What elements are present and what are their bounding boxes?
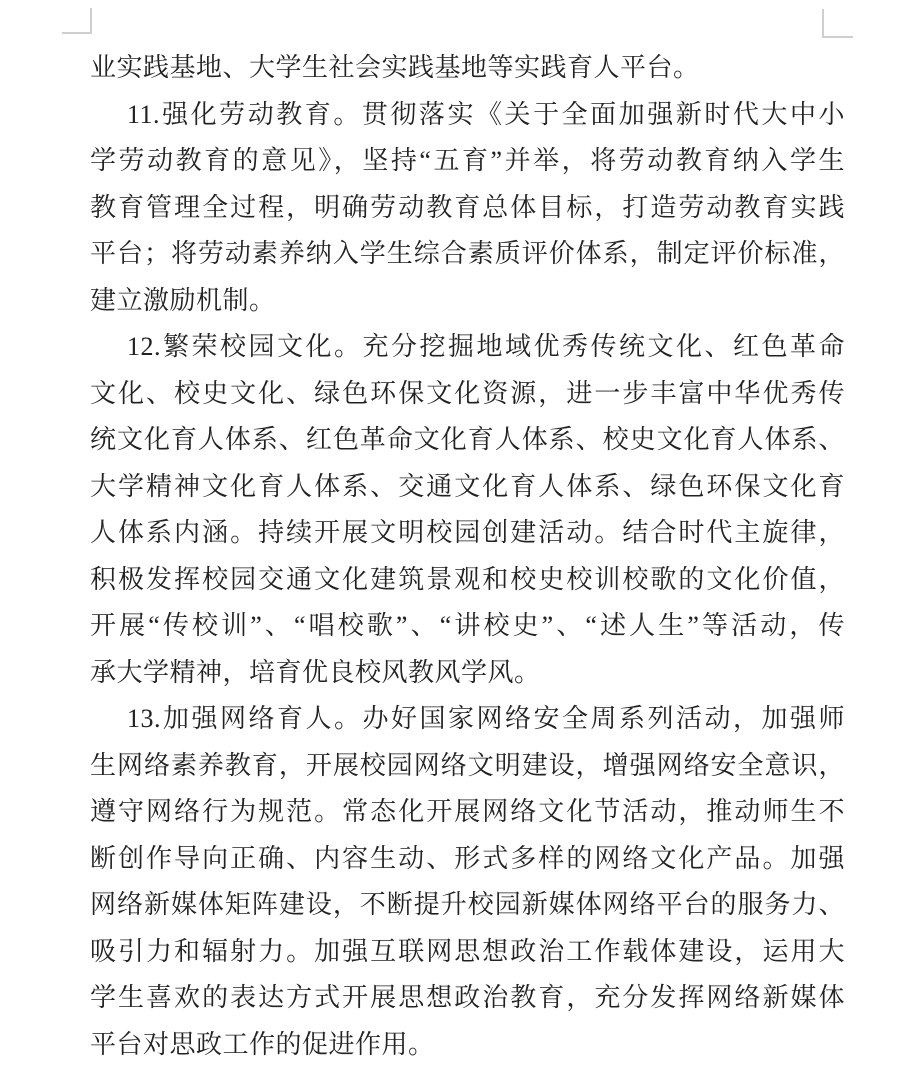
text-line: 遵守网络行为规范。常态化开展网络文化节活动，推动师生不: [90, 789, 845, 836]
text-line: 统文化育人体系、红色革命文化育人体系、校史文化育人体系、: [90, 417, 845, 464]
text-line: 断创作导向正确、内容生动、形式多样的网络文化产品。加强: [90, 836, 845, 883]
text-boundary-mark-top-left: [62, 8, 92, 34]
text-line: 11.强化劳动教育。贯彻落实《关于全面加强新时代大中小: [90, 92, 845, 139]
document-body: 业实践基地、大学生社会实践基地等实践育人平台。11.强化劳动教育。贯彻落实《关于…: [90, 45, 845, 1068]
text-line: 大学精神文化育人体系、交通文化育人体系、绿色环保文化育: [90, 464, 845, 511]
text-line: 文化、校史文化、绿色环保文化资源，进一步丰富中华优秀传: [90, 371, 845, 418]
text-line: 承大学精神，培育优良校风教风学风。: [90, 650, 845, 697]
text-line: 积极发挥校园交通文化建筑景观和校史校训校歌的文化价值，: [90, 557, 845, 604]
text-line: 平台对思政工作的促进作用。: [90, 1022, 845, 1069]
text-line: 教育管理全过程，明确劳动教育总体目标，打造劳动教育实践: [90, 185, 845, 232]
text-boundary-mark-top-right: [822, 9, 853, 38]
text-line: 业实践基地、大学生社会实践基地等实践育人平台。: [90, 45, 845, 92]
text-line: 开展“传校训”、“唱校歌”、“讲校史”、“述人生”等活动，传: [90, 603, 845, 650]
document-page: 业实践基地、大学生社会实践基地等实践育人平台。11.强化劳动教育。贯彻落实《关于…: [0, 0, 900, 1091]
text-line: 平台；将劳动素养纳入学生综合素质评价体系，制定评价标准，: [90, 231, 845, 278]
text-line: 吸引力和辐射力。加强互联网思想政治工作载体建设，运用大: [90, 929, 845, 976]
text-line: 12.繁荣校园文化。充分挖掘地域优秀传统文化、红色革命: [90, 324, 845, 371]
text-line: 学生喜欢的表达方式开展思想政治教育，充分发挥网络新媒体: [90, 975, 845, 1022]
text-line: 人体系内涵。持续开展文明校园创建活动。结合时代主旋律，: [90, 510, 845, 557]
text-line: 13.加强网络育人。办好国家网络安全周系列活动，加强师: [90, 696, 845, 743]
text-line: 建立激励机制。: [90, 278, 845, 325]
text-line: 学劳动教育的意见》，坚持“五育”并举，将劳动教育纳入学生: [90, 138, 845, 185]
text-line: 网络新媒体矩阵建设，不断提升校园新媒体网络平台的服务力、: [90, 882, 845, 929]
text-line: 生网络素养教育，开展校园网络文明建设，增强网络安全意识，: [90, 743, 845, 790]
